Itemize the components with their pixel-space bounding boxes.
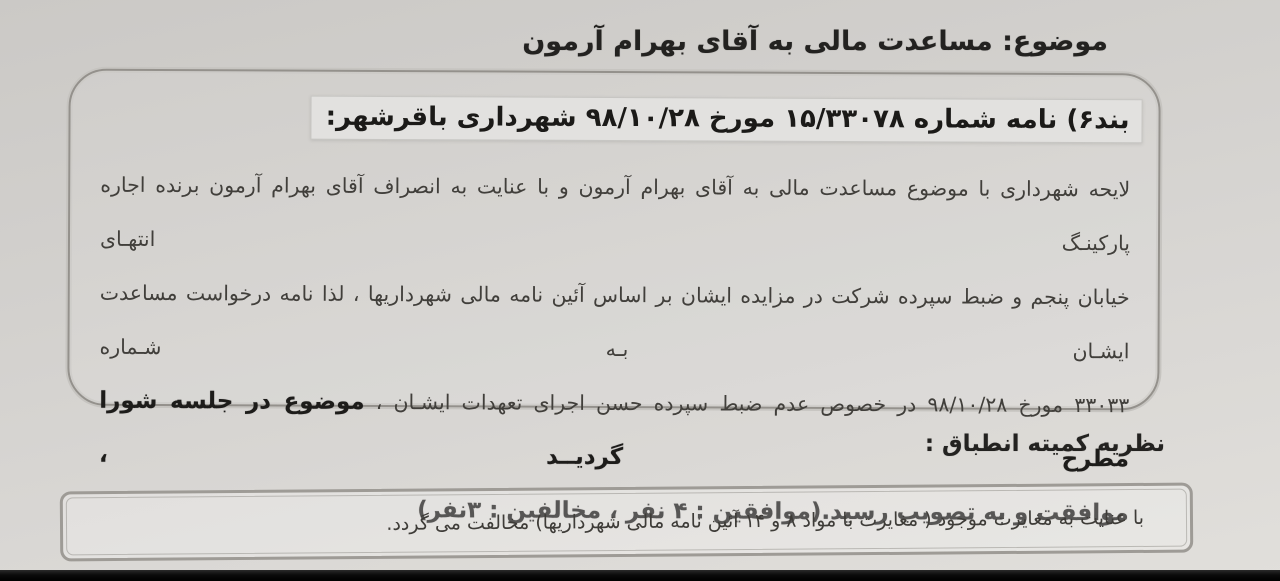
resolution-box: بند۶) نامه شماره ۱۵/۳۳۰۷۸ مورخ ۹۸/۱۰/۲۸ … (67, 69, 1160, 411)
body-line-2-text: خیابان پنجم و ضبط سپرده شرکت در مزایده ا… (99, 281, 1129, 363)
resolution-body: لایحه شهرداری با موضوع مساعدت مالی به آق… (69, 158, 1159, 541)
compliance-committee-heading: نظریه کمیته انطباق : (925, 431, 1165, 457)
document-photo: { "page": { "title": "موضوع: مساعدت مالی… (0, 0, 1280, 581)
resolution-header: بند۶) نامه شماره ۱۵/۳۳۰۷۸ مورخ ۹۸/۱۰/۲۸ … (311, 96, 1143, 144)
resolution-header-row: بند۶) نامه شماره ۱۵/۳۳۰۷۸ مورخ ۹۸/۱۰/۲۸ … (70, 71, 1158, 144)
body-line-1-text: لایحه شهرداری با موضوع مساعدت مالی به آق… (100, 173, 1130, 255)
compliance-opinion-text: با عنایت به مغایرت موجود ( مغایرت با موا… (67, 507, 1186, 538)
compliance-opinion-box-inner-border: با عنایت به مغایرت موجود ( مغایرت با موا… (66, 489, 1187, 556)
photo-bottom-edge (0, 570, 1280, 581)
compliance-opinion-box: با عنایت به مغایرت موجود ( مغایرت با موا… (60, 483, 1194, 562)
body-line-2: خیابان پنجم و ضبط سپرده شرکت در مزایده ا… (99, 266, 1129, 378)
body-line-3-text: ۳۳۰۳۳ مورخ ۹۸/۱۰/۲۸ در خصوص عدم ضبط سپرد… (365, 390, 1130, 417)
body-line-3: ۳۳۰۳۳ مورخ ۹۸/۱۰/۲۸ در خصوص عدم ضبط سپرد… (99, 374, 1129, 486)
body-line-1: لایحه شهرداری با موضوع مساعدت مالی به آق… (100, 158, 1130, 270)
document-subject-title: موضوع: مساعدت مالی به آقای بهرام آرمون (522, 26, 1108, 57)
